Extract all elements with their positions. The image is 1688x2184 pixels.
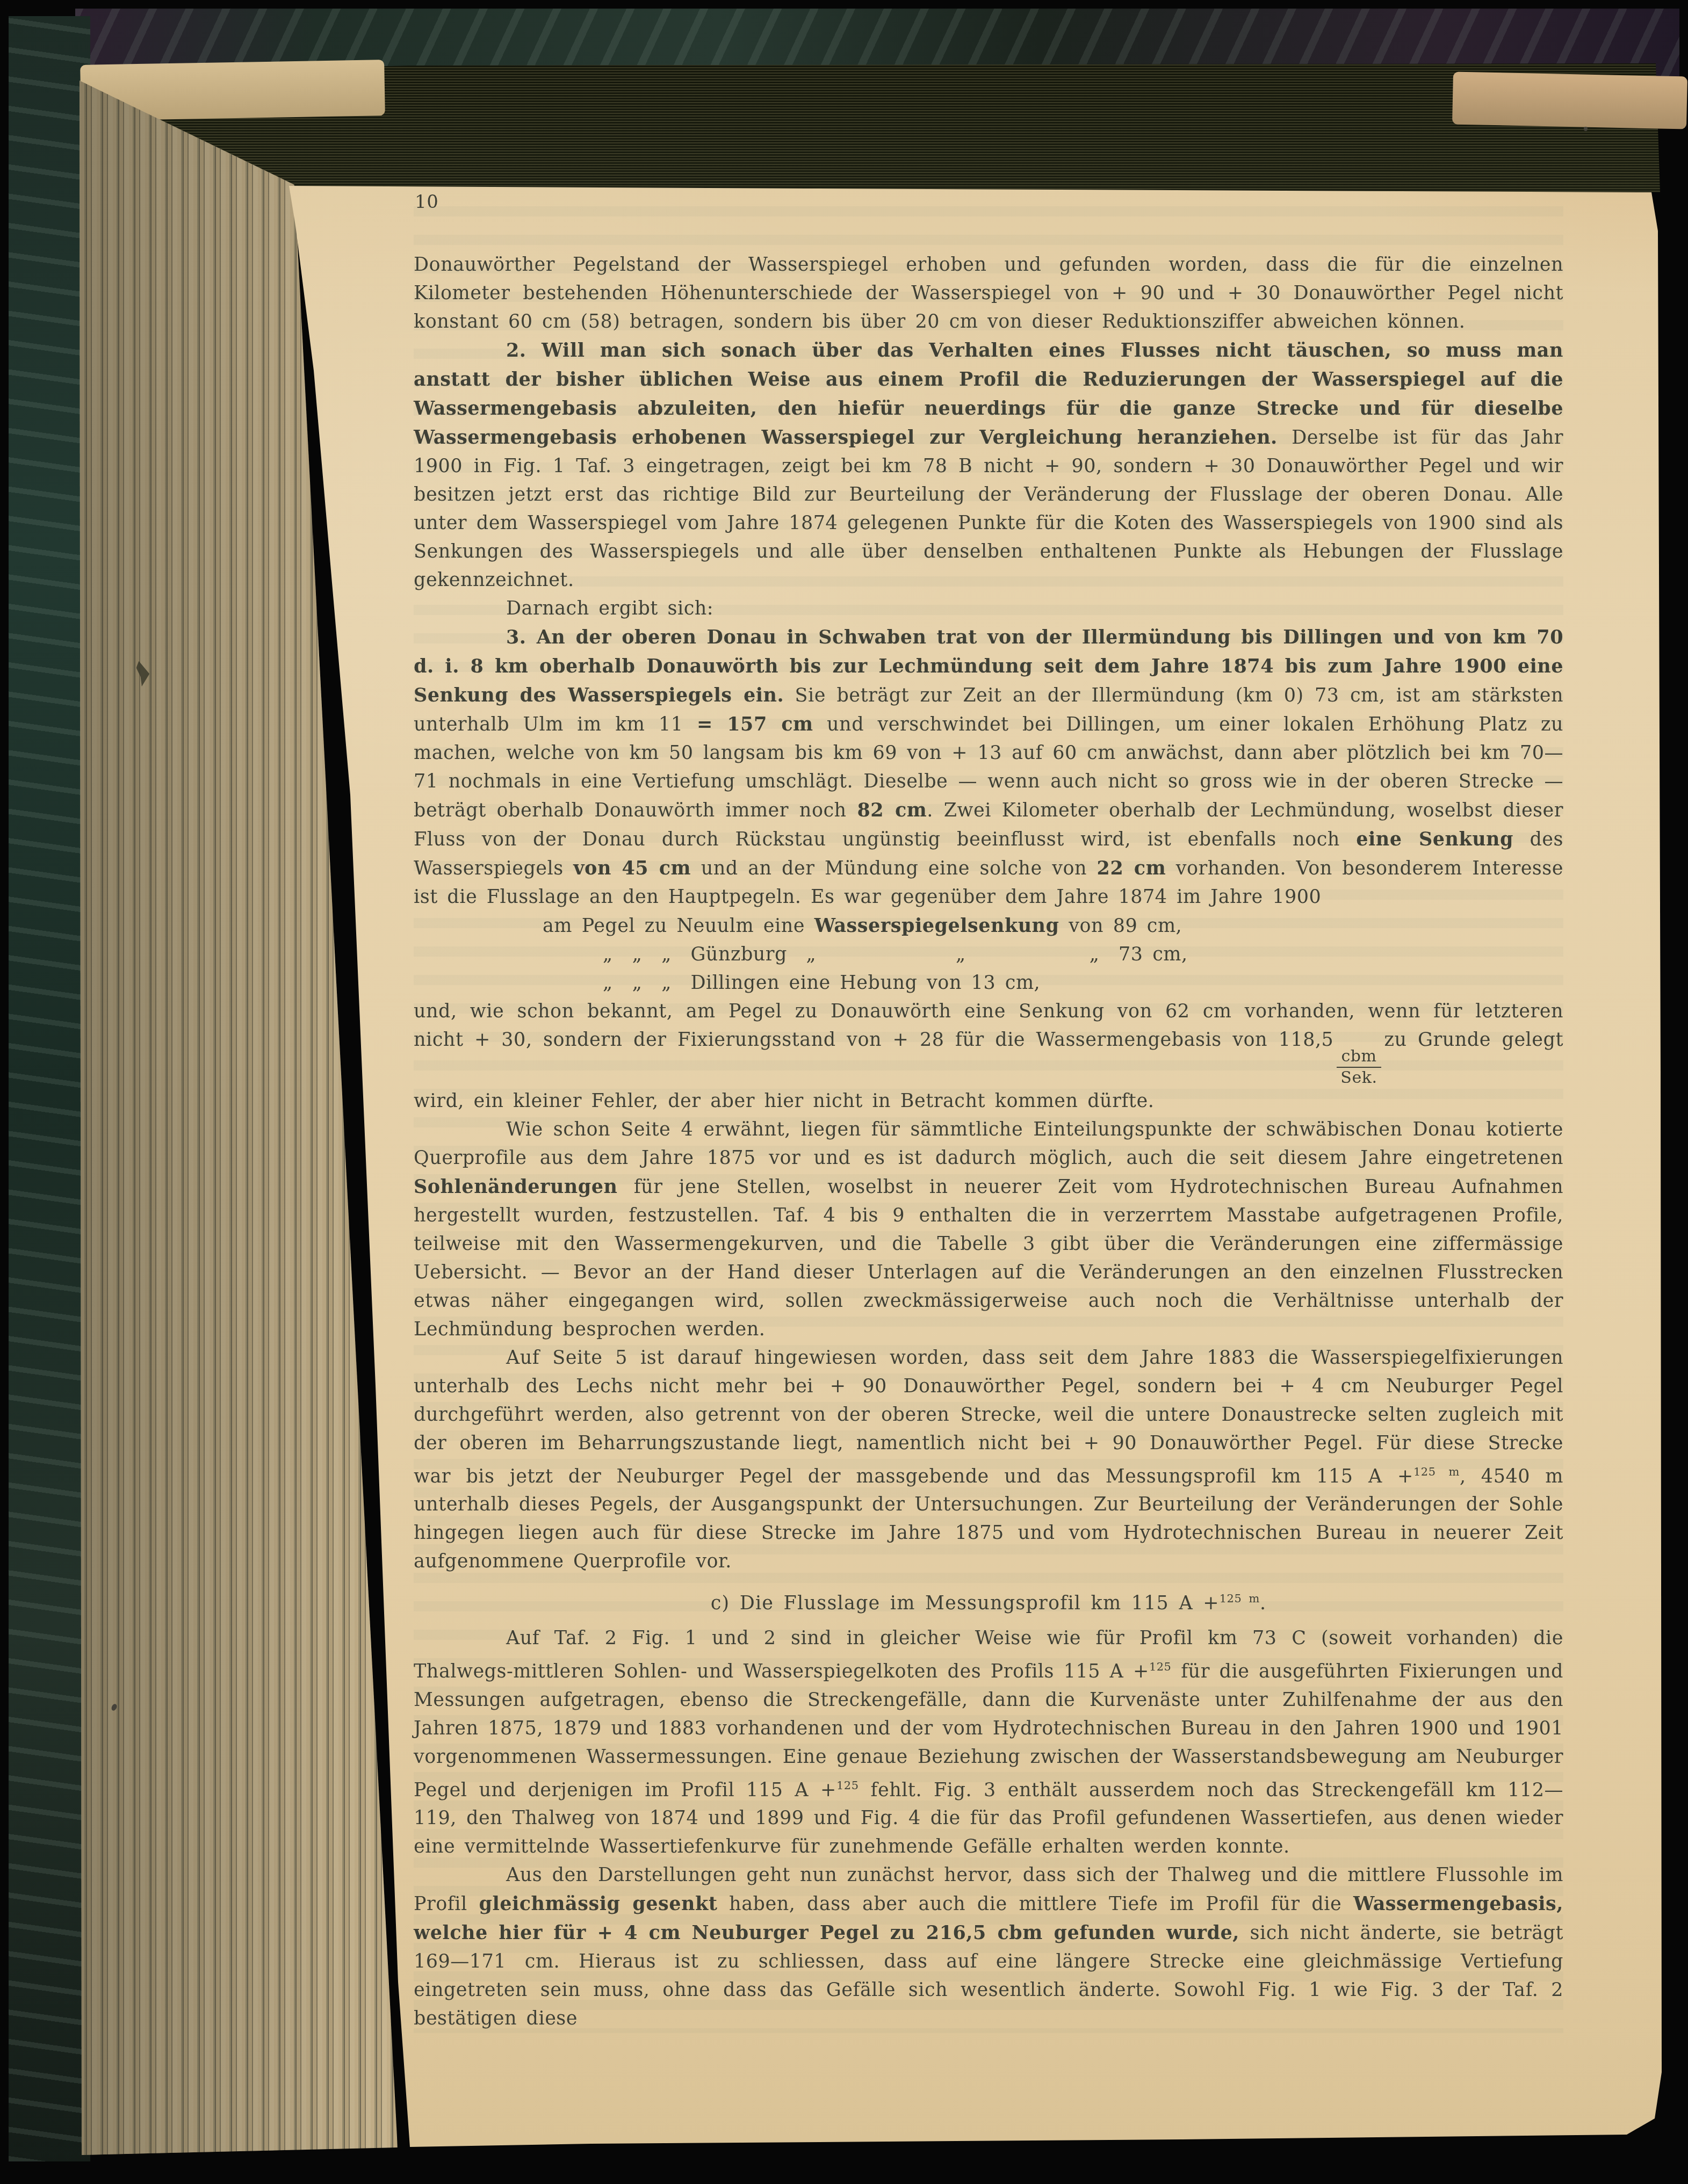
paragraph-querprofile: Wie schon Seite 4 erwähnt, liegen für sä… — [414, 1116, 1563, 1344]
paragraph-donauwoerth: und, wie schon bekannt, am Pegel zu Dona… — [414, 997, 1563, 1116]
section-heading-c: c) Die Flusslage im Messungsprofil km 11… — [414, 1585, 1563, 1618]
pegel-line-guenzburg: „ „ „ Günzburg „„„ 73 cm, — [414, 941, 1563, 969]
paragraph-3: 3. An der oberen Donau in Schwaben trat … — [414, 623, 1563, 912]
pegel-line-dillingen: „ „ „ Dillingen eine Hebung von 13 cm, — [414, 969, 1563, 997]
page-number: 10 — [415, 188, 1563, 216]
paragraph-seite5: Auf Seite 5 ist darauf hingewiesen worde… — [414, 1344, 1563, 1576]
paragraph-auf-taf2: Auf Taf. 2 Fig. 1 und 2 sind in gleicher… — [414, 1624, 1563, 1861]
line-darnach: Darnach ergibt sich: — [414, 595, 1563, 623]
paragraph-reduction: Donauwörther Pegelstand der Wasserspiege… — [414, 251, 1563, 336]
paragraph-aus-den-darstellungen: Aus den Darstellungen geht nun zunächst … — [414, 1861, 1563, 2033]
dust-speck — [1584, 127, 1588, 131]
paragraph-2: 2. Will man sich sonach über das Verhalt… — [414, 336, 1563, 595]
bent-page-corner-right — [1452, 71, 1687, 129]
text-block: 10 Donauwörther Pegelstand der Wasserspi… — [414, 188, 1563, 2033]
pegel-line-neuulm: am Pegel zu Neuulm eine Wasserspiegelsen… — [414, 912, 1563, 941]
book-cover-left-edge — [9, 16, 90, 2161]
document-body: Donauwörther Pegelstand der Wasserspiege… — [414, 251, 1563, 2033]
book-photo: 10 Donauwörther Pegelstand der Wasserspi… — [0, 0, 1688, 2184]
fraction-cbm-per-sek: cbmSek. — [1337, 1048, 1381, 1087]
